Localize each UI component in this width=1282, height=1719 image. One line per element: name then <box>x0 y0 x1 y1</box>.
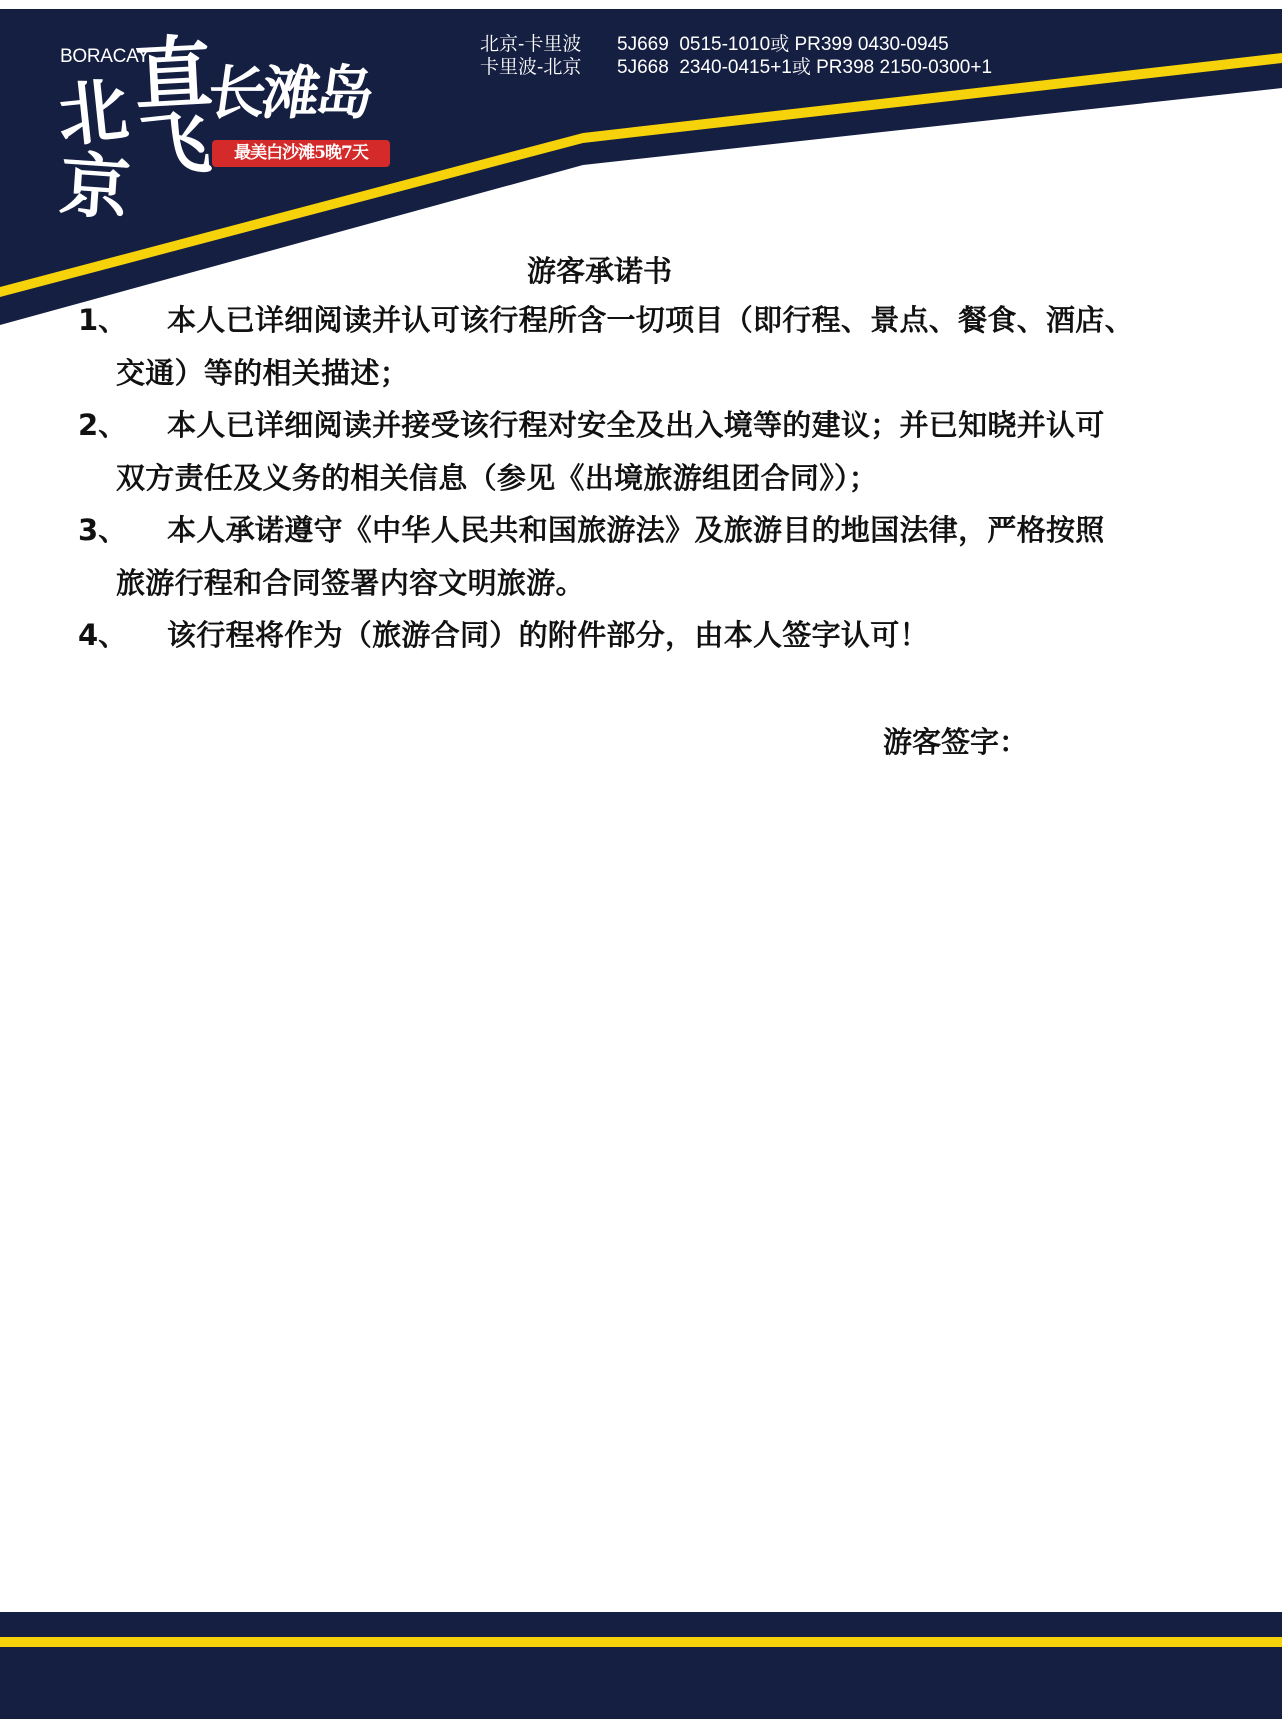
item-number: 4、 <box>78 617 127 653</box>
list-item-3-continuation: 旅游行程和合同签署内容文明旅游。 <box>0 565 1282 618</box>
commitment-list: 1、 本人已详细阅读并认可该行程所含一切项目（即行程、景点、餐食、酒店、 交通）… <box>0 302 1282 670</box>
footer-yellow-stripe <box>0 1637 1282 1647</box>
brand-origin-char-2: 京 <box>58 150 133 225</box>
item-text: 本人已详细阅读并接受该行程对安全及出入境等的建议；并已知晓并认可 <box>167 407 1105 443</box>
brand-direct-char-2: 飞 <box>137 107 214 184</box>
flight-details: 5J669 0515-1010或 PR399 0430-0945 <box>617 33 949 56</box>
item-text: 本人承诺遵守《中华人民共和国旅游法》及旅游目的地国法律，严格按照 <box>167 512 1105 548</box>
item-number: 2、 <box>78 407 127 443</box>
list-item-2-continuation: 双方责任及义务的相关信息（参见《出境旅游组团合同》）； <box>0 460 1282 513</box>
document-title: 游客承诺书 <box>527 249 672 290</box>
signature-label: 游客签字： <box>883 720 1028 761</box>
item-number: 1、 <box>78 302 127 338</box>
brand-logo: BORACAY 北 京 直 飞 长滩岛 最美白沙滩5晚7天 <box>0 0 420 240</box>
flight-row-return: 卡里波-北京 5J668 2340-0415+1或 PR398 2150-030… <box>480 56 992 79</box>
item-number: 3、 <box>78 512 127 548</box>
item-text: 该行程将作为（旅游合同）的附件部分，由本人签字认可！ <box>167 617 929 653</box>
list-item-2: 2、 本人已详细阅读并接受该行程对安全及出入境等的建议；并已知晓并认可 <box>0 407 1282 460</box>
list-item-1: 1、 本人已详细阅读并认可该行程所含一切项目（即行程、景点、餐食、酒店、 <box>0 302 1282 355</box>
brand-destination: 长滩岛 <box>204 64 374 122</box>
flight-info: 北京-卡里波 5J669 0515-1010或 PR399 0430-0945 … <box>480 33 992 79</box>
flight-route: 北京-卡里波 <box>480 33 617 56</box>
flight-route: 卡里波-北京 <box>480 56 617 79</box>
footer-band <box>0 1612 1282 1719</box>
list-item-4: 4、 该行程将作为（旅游合同）的附件部分，由本人签字认可！ <box>0 617 1282 670</box>
promo-badge: 最美白沙滩5晚7天 <box>212 140 390 167</box>
item-text-continuation: 双方责任及义务的相关信息（参见《出境旅游组团合同》）； <box>116 460 878 496</box>
flight-row-outbound: 北京-卡里波 5J669 0515-1010或 PR399 0430-0945 <box>480 33 992 56</box>
brand-origin-char-1: 北 <box>55 75 132 152</box>
item-text-continuation: 旅游行程和合同签署内容文明旅游。 <box>116 565 585 601</box>
item-text-continuation: 交通）等的相关描述； <box>116 355 409 391</box>
list-item-3: 3、 本人承诺遵守《中华人民共和国旅游法》及旅游目的地国法律，严格按照 <box>0 512 1282 565</box>
item-text: 本人已详细阅读并认可该行程所含一切项目（即行程、景点、餐食、酒店、 <box>167 302 1134 338</box>
list-item-1-continuation: 交通）等的相关描述； <box>0 355 1282 408</box>
flight-details: 5J668 2340-0415+1或 PR398 2150-0300+1 <box>617 56 992 79</box>
